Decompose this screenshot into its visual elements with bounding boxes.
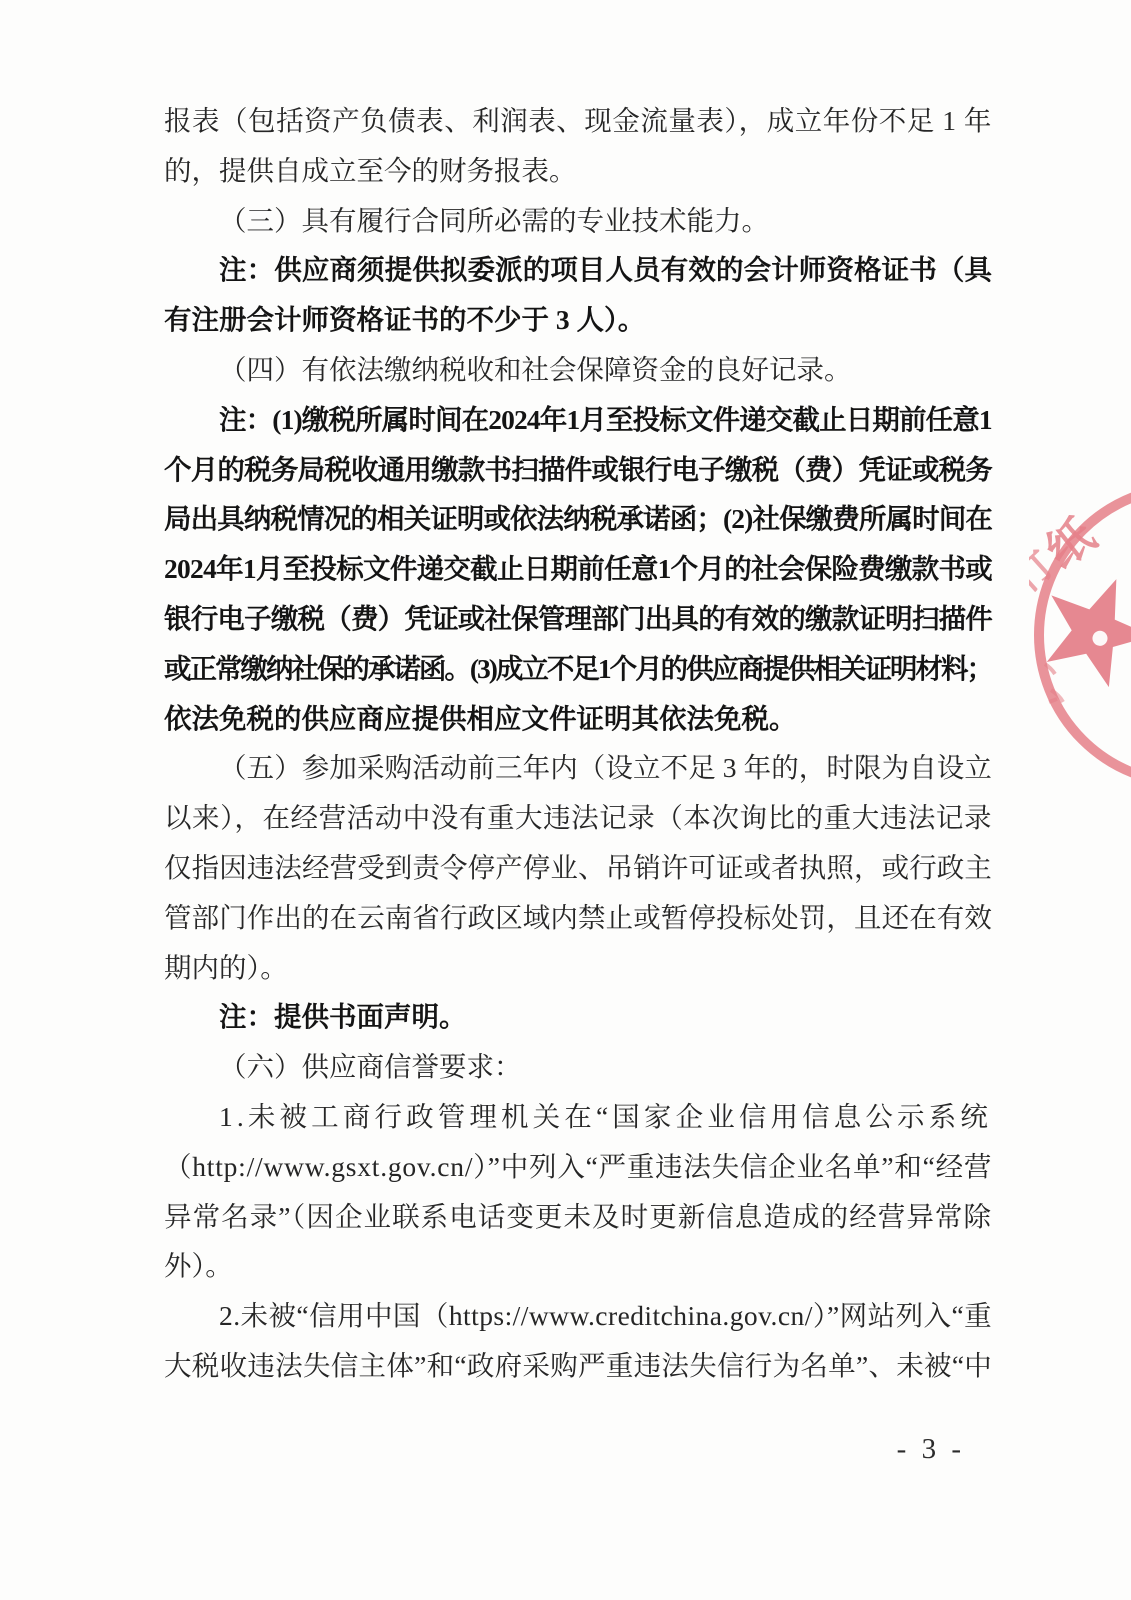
text-line: 异常名录”（因企业联系电话变更未及时更新信息造成的经营异常除 — [164, 1192, 992, 1242]
text-line: 注：供应商须提供拟委派的项目人员有效的会计师资格证书（具 — [164, 245, 992, 295]
seal-text: 纸 — [1036, 508, 1105, 579]
text-line: 大税收违法失信主体”和“政府采购严重违法失信行为名单”、未被“中 — [164, 1341, 992, 1391]
text-line: 仅指因违法经营受到责令停产停业、吊销许可证或者执照，或行政主 — [164, 843, 992, 893]
text-line: （五）参加采购活动前三年内（设立不足 3 年的，时限为自设立 — [164, 743, 992, 793]
text-line: 有注册会计师资格证书的不少于 3 人）。 — [164, 295, 992, 345]
text-line: 报表（包括资产负债表、利润表、现金流量表），成立年份不足 1 年 — [164, 96, 992, 146]
text-line: 2.未被“信用中国（https://www.creditchina.gov.cn… — [164, 1291, 992, 1341]
text-line: 的，提供自成立至今的财务报表。 — [164, 146, 992, 196]
text-line: 外）。 — [164, 1241, 992, 1291]
text-line: 管部门作出的在云南省行政区域内禁止或暂停投标处罚，且还在有效 — [164, 893, 992, 943]
text-line: 2024年1月至投标文件递交截止日期前任意1个月的社会保险费缴款书或 — [164, 544, 992, 594]
document-body: 报表（包括资产负债表、利润表、现金流量表），成立年份不足 1 年的，提供自成立至… — [164, 96, 992, 1391]
text-line: （http://www.gsxt.gov.cn/）”中列入“严重违法失信企业名单… — [164, 1142, 992, 1192]
text-line: 注：提供书面声明。 — [164, 992, 992, 1042]
document-page: 报表（包括资产负债表、利润表、现金流量表），成立年份不足 1 年的，提供自成立至… — [0, 0, 1131, 1600]
text-line: 依法免税的供应商应提供相应文件证明其依法免税。 — [164, 694, 992, 744]
text-line: （四）有依法缴纳税收和社会保障资金的良好记录。 — [164, 345, 992, 395]
text-line: 期内的）。 — [164, 943, 992, 993]
text-line: 以来），在经营活动中没有重大违法记录（本次询比的重大违法记录 — [164, 793, 992, 843]
official-seal-stamp: 纸 竹 — [1029, 478, 1131, 788]
text-line: （三）具有履行合同所必需的专业技术能力。 — [164, 196, 992, 246]
seal-star — [1029, 559, 1131, 695]
seal-text-partial: 竹 — [1029, 539, 1063, 604]
text-line: （六）供应商信誉要求： — [164, 1042, 992, 1092]
text-line: 银行电子缴税（费）凭证或社保管理部门出具的有效的缴款证明扫描件 — [164, 594, 992, 644]
text-line: 注：(1)缴税所属时间在2024年1月至投标文件递交截止日期前任意1 — [164, 395, 992, 445]
text-line: 1.未被工商行政管理机关在“国家企业信用信息公示系统 — [164, 1092, 992, 1142]
text-line: 局出具纳税情况的相关证明或依法纳税承诺函；(2)社保缴费所属时间在 — [164, 494, 992, 544]
text-line: 个月的税务局税收通用缴款书扫描件或银行电子缴税（费）凭证或税务 — [164, 445, 992, 495]
page-number: - 3 - — [897, 1424, 965, 1474]
text-line: 或正常缴纳社保的承诺函。(3)成立不足1个月的供应商提供相关证明材料； — [164, 644, 992, 694]
